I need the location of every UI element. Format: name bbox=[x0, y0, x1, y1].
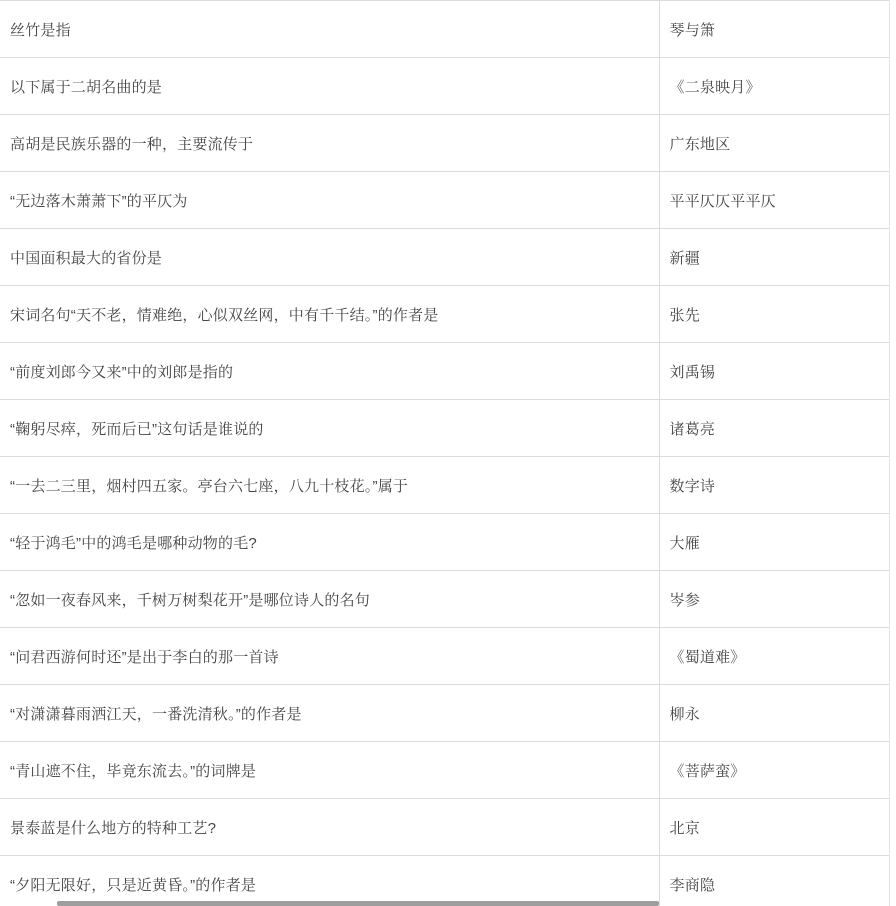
answer-cell: 《菩萨蛮》 bbox=[659, 742, 889, 799]
answer-cell: 琴与箫 bbox=[659, 1, 889, 58]
table-row: “鞠躬尽瘁，死而后已”这句话是谁说的 诸葛亮 bbox=[0, 400, 889, 457]
table-row: “无边落木萧萧下”的平仄为 平平仄仄平平仄 bbox=[0, 172, 889, 229]
table-row: “一去二三里，烟村四五家。亭台六七座，八九十枝花。”属于 数字诗 bbox=[0, 457, 889, 514]
table-row: “忽如一夜春风来，千树万树梨花开”是哪位诗人的名句 岑参 bbox=[0, 571, 889, 628]
table-row: 宋词名句“天不老，情难绝，心似双丝网，中有千千结。”的作者是 张先 bbox=[0, 286, 889, 343]
question-cell: 中国面积最大的省份是 bbox=[0, 229, 659, 286]
table-row: “前度刘郎今又来”中的刘郎是指的 刘禹锡 bbox=[0, 343, 889, 400]
question-cell: “问君西游何时还”是出于李白的那一首诗 bbox=[0, 628, 659, 685]
answer-cell: 北京 bbox=[659, 799, 889, 856]
question-cell: “轻于鸿毛”中的鸿毛是哪种动物的毛? bbox=[0, 514, 659, 571]
answer-cell: 《蜀道难》 bbox=[659, 628, 889, 685]
table-row: 丝竹是指 琴与箫 bbox=[0, 1, 889, 58]
table-row: 高胡是民族乐器的一种，主要流传于 广东地区 bbox=[0, 115, 889, 172]
question-cell: 丝竹是指 bbox=[0, 1, 659, 58]
answer-cell: 岑参 bbox=[659, 571, 889, 628]
answer-cell: 《二泉映月》 bbox=[659, 58, 889, 115]
question-cell: “夕阳无限好，只是近黄昏。”的作者是 bbox=[0, 856, 659, 906]
table-row: “青山遮不住，毕竟东流去。”的词牌是 《菩萨蛮》 bbox=[0, 742, 889, 799]
question-cell: “对潇潇暮雨洒江天，一番洗清秋。”的作者是 bbox=[0, 685, 659, 742]
question-cell: 景泰蓝是什么地方的特种工艺? bbox=[0, 799, 659, 856]
question-cell: “无边落木萧萧下”的平仄为 bbox=[0, 172, 659, 229]
answer-cell: 李商隐 bbox=[659, 856, 889, 906]
table-row: “对潇潇暮雨洒江天，一番洗清秋。”的作者是 柳永 bbox=[0, 685, 889, 742]
table-row: “轻于鸿毛”中的鸿毛是哪种动物的毛? 大雁 bbox=[0, 514, 889, 571]
table-row: 景泰蓝是什么地方的特种工艺? 北京 bbox=[0, 799, 889, 856]
question-cell: “鞠躬尽瘁，死而后已”这句话是谁说的 bbox=[0, 400, 659, 457]
answer-cell: 刘禹锡 bbox=[659, 343, 889, 400]
question-cell: 高胡是民族乐器的一种，主要流传于 bbox=[0, 115, 659, 172]
question-cell: “忽如一夜春风来，千树万树梨花开”是哪位诗人的名句 bbox=[0, 571, 659, 628]
horizontal-scrollbar-thumb[interactable] bbox=[57, 901, 659, 906]
question-cell: 宋词名句“天不老，情难绝，心似双丝网，中有千千结。”的作者是 bbox=[0, 286, 659, 343]
answer-cell: 柳永 bbox=[659, 685, 889, 742]
qa-table: 丝竹是指 琴与箫 以下属于二胡名曲的是 《二泉映月》 高胡是民族乐器的一种，主要… bbox=[0, 0, 890, 906]
qa-table-body: 丝竹是指 琴与箫 以下属于二胡名曲的是 《二泉映月》 高胡是民族乐器的一种，主要… bbox=[0, 1, 889, 906]
answer-cell: 新疆 bbox=[659, 229, 889, 286]
answer-cell: 大雁 bbox=[659, 514, 889, 571]
answer-cell: 平平仄仄平平仄 bbox=[659, 172, 889, 229]
table-row: “问君西游何时还”是出于李白的那一首诗 《蜀道难》 bbox=[0, 628, 889, 685]
answer-cell: 广东地区 bbox=[659, 115, 889, 172]
answer-cell: 数字诗 bbox=[659, 457, 889, 514]
question-cell: 以下属于二胡名曲的是 bbox=[0, 58, 659, 115]
question-cell: “前度刘郎今又来”中的刘郎是指的 bbox=[0, 343, 659, 400]
answer-cell: 诸葛亮 bbox=[659, 400, 889, 457]
table-row: “夕阳无限好，只是近黄昏。”的作者是 李商隐 bbox=[0, 856, 889, 906]
answer-cell: 张先 bbox=[659, 286, 889, 343]
question-cell: “青山遮不住，毕竟东流去。”的词牌是 bbox=[0, 742, 659, 799]
table-row: 中国面积最大的省份是 新疆 bbox=[0, 229, 889, 286]
table-row: 以下属于二胡名曲的是 《二泉映月》 bbox=[0, 58, 889, 115]
question-cell: “一去二三里，烟村四五家。亭台六七座，八九十枝花。”属于 bbox=[0, 457, 659, 514]
